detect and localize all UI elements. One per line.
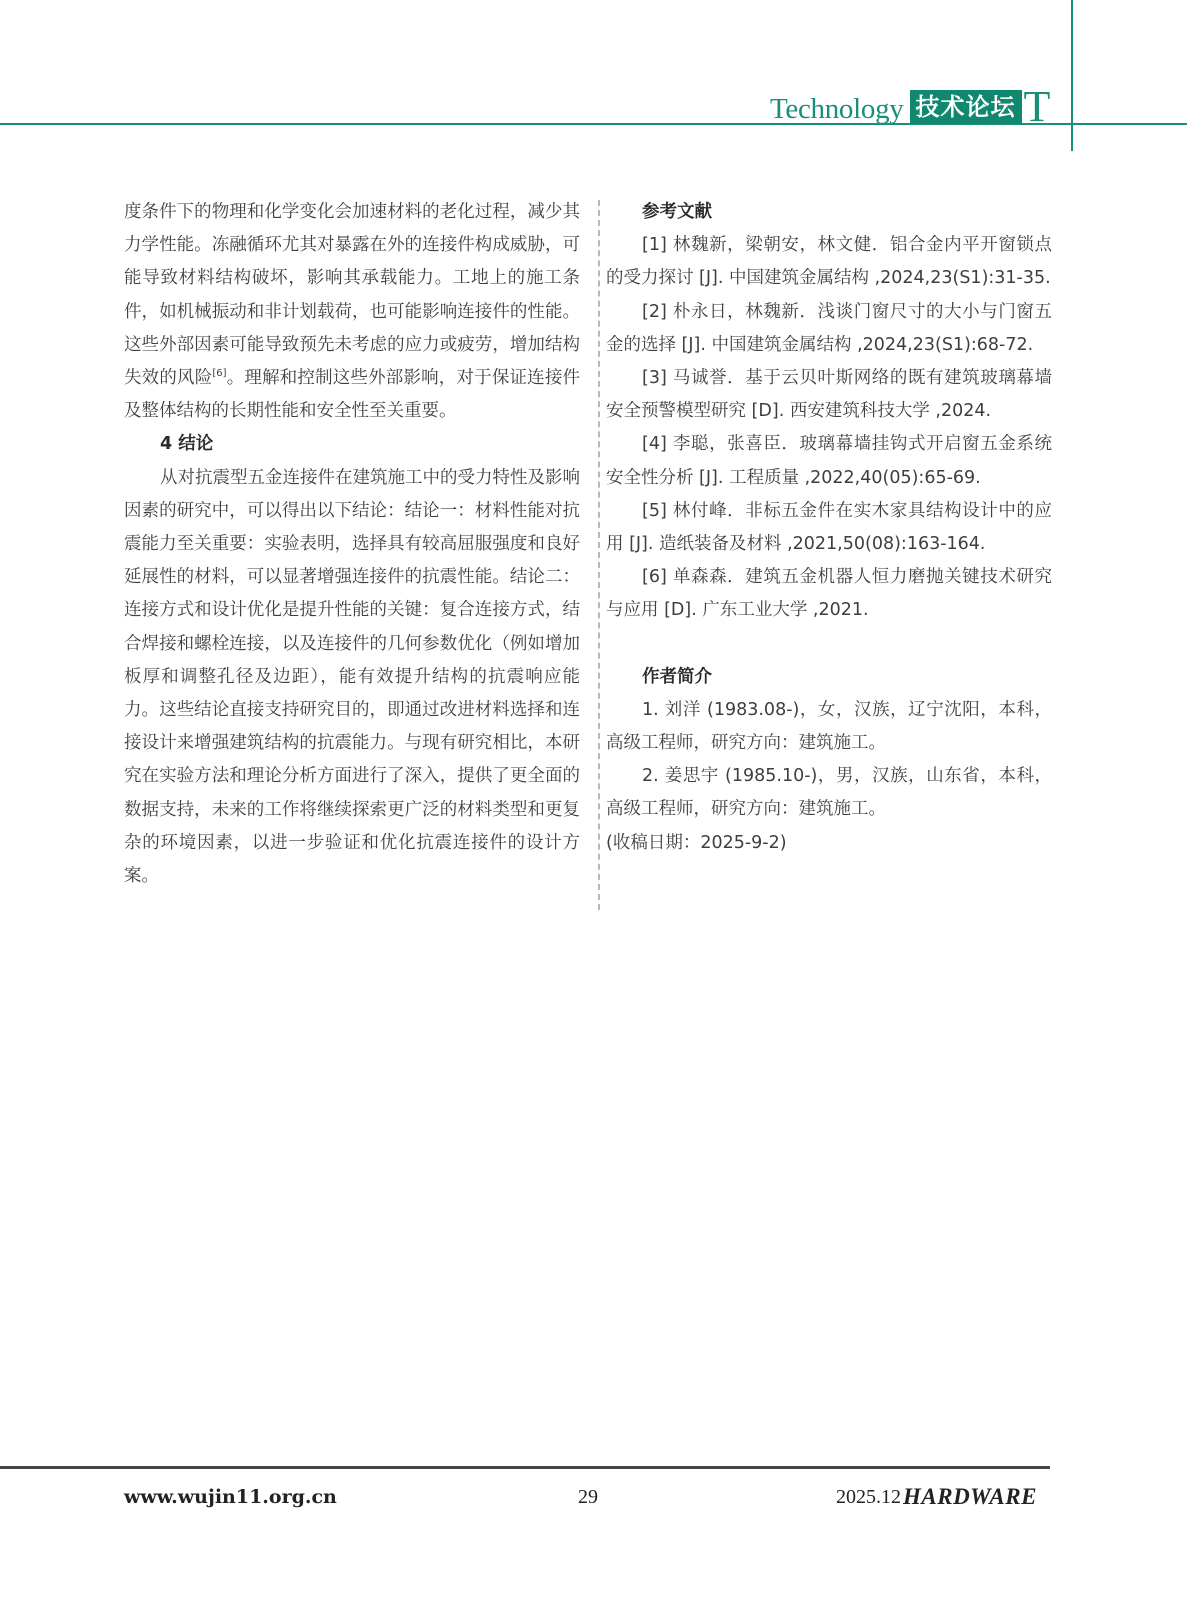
section-header: Technology 技术论坛 T (770, 88, 1050, 124)
column-divider (598, 200, 600, 910)
author-item: 1. 刘洋 (1983.08-)，女，汉族，辽宁沈阳，本科，高级工程师，研究方向… (606, 694, 1052, 760)
section-title-en: Technology (770, 94, 904, 124)
citation-link[interactable]: [6] (212, 368, 226, 379)
right-column: 参考文献 [1] 林魏新，梁朝安，林文健．铝合金内平开窗锁点的受力探讨 [J].… (606, 196, 1052, 860)
reference-item: [4] 李聪，张喜臣．玻璃幕墙挂钩式开启窗五金系统安全性分析 [J]. 工程质量… (606, 428, 1052, 494)
left-column: 度条件下的物理和化学变化会加速材料的老化过程，减少其力学性能。冻融循环尤其对暴露… (124, 196, 580, 893)
received-date: (收稿日期：2025-9-2) (606, 827, 1052, 860)
page-number: 29 (578, 1486, 598, 1509)
body-paragraph: 度条件下的物理和化学变化会加速材料的老化过程，减少其力学性能。冻融循环尤其对暴露… (124, 196, 580, 428)
author-item: 2. 姜思宇 (1985.10-)，男，汉族，山东省，本科，高级工程师，研究方向… (606, 760, 1052, 826)
section-letter-logo: T (1024, 90, 1051, 124)
section-heading: 4 结论 (124, 428, 580, 461)
reference-item: [2] 朴永日，林魏新．浅谈门窗尺寸的大小与门窗五金的选择 [J]. 中国建筑金… (606, 296, 1052, 362)
reference-item: [6] 单森森．建筑五金机器人恒力磨抛关键技术研究与应用 [D]. 广东工业大学… (606, 561, 1052, 627)
footer-rule (0, 1466, 1050, 1469)
reference-item: [3] 马诚誉．基于云贝叶斯网络的既有建筑玻璃幕墙安全预警模型研究 [D]. 西… (606, 362, 1052, 428)
paragraph-text: 度条件下的物理和化学变化会加速材料的老化过程，减少其力学性能。冻融循环尤其对暴露… (124, 202, 580, 388)
reference-item: [5] 林付峰．非标五金件在实木家具结构设计中的应用 [J]. 造纸装备及材料 … (606, 495, 1052, 561)
magazine-title: HARDWARE (903, 1484, 1037, 1510)
references-heading: 参考文献 (606, 196, 1052, 229)
authors-heading: 作者简介 (606, 661, 1052, 694)
section-title-cn: 技术论坛 (910, 90, 1022, 124)
issue-date: 2025.12 (836, 1486, 901, 1509)
reference-item: [1] 林魏新，梁朝安，林文健．铝合金内平开窗锁点的受力探讨 [J]. 中国建筑… (606, 229, 1052, 295)
header-vertical-rule (1071, 0, 1073, 151)
conclusion-paragraph: 从对抗震型五金连接件在建筑施工中的受力特性及影响因素的研究中，可以得出以下结论：… (124, 462, 580, 894)
spacer (606, 628, 1052, 661)
website-link[interactable]: www.wujin11.org.cn (124, 1486, 337, 1508)
page-footer: www.wujin11.org.cn 29 2025.12 HARDWARE (0, 1484, 1187, 1514)
